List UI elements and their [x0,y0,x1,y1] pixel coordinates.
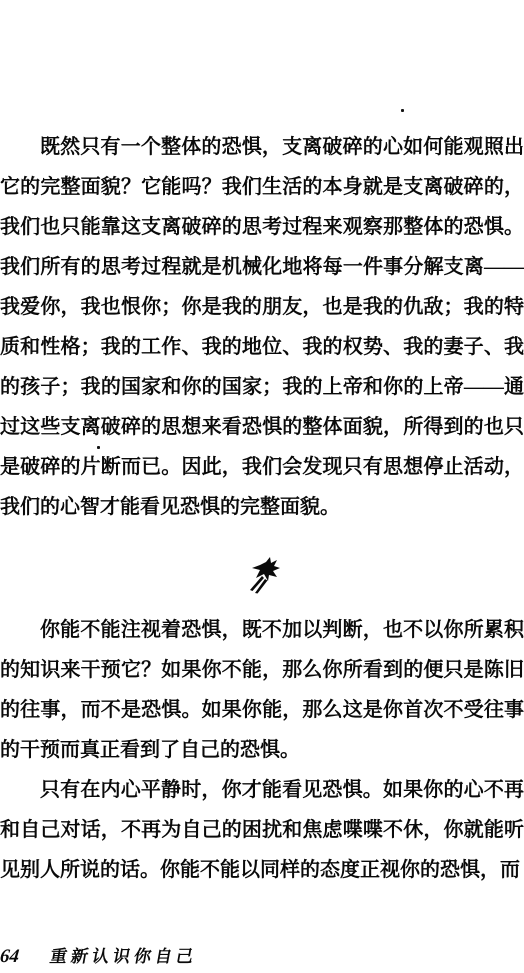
paragraph-1: 既然只有一个整体的恐惧，支离破碎的心如何能观照出它的完整面貌？它能吗？我们生活的… [0,127,524,527]
book-page: 既然只有一个整体的恐惧，支离破碎的心如何能观照出它的完整面貌？它能吗？我们生活的… [0,0,524,973]
paragraph-2: 你能不能注视着恐惧，既不加以判断，也不以你所累积的知识来干预它？如果你不能，那么… [0,610,524,770]
section-divider [246,556,280,594]
page-footer: 64 重新认识你自己 [0,947,524,971]
page-number: 64 [0,947,20,967]
running-book-title: 重新认识你自己 [48,947,199,967]
paragraph-3: 只有在内心平静时，你才能看见恐惧。如果你的心不再和自己对话，不再为自己的困扰和焦… [0,770,524,890]
scan-speck [97,446,100,449]
bird-ornament-icon [246,556,280,594]
scan-speck [401,109,404,112]
